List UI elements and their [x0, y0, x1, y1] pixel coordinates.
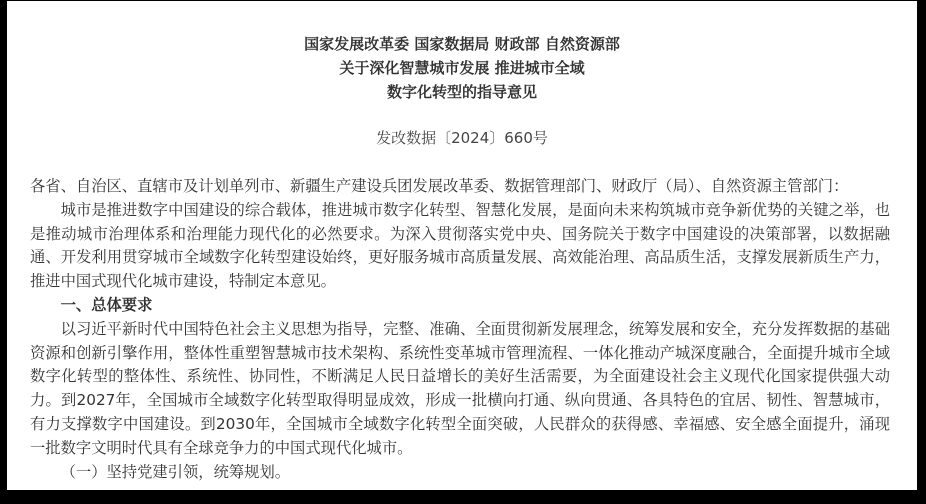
document-body: 各省、自治区、直辖市及计划单列市、新疆生产建设兵团发展改革委、数据管理部门、财政… — [30, 175, 890, 484]
title-line-2: 关于深化智慧城市发展 推进城市全域 — [7, 56, 917, 80]
document-page: 国家发展改革委 国家数据局 财政部 自然资源部 关于深化智慧城市发展 推进城市全… — [7, 1, 917, 490]
section-heading-overall-requirements: 一、总体要求 — [30, 294, 890, 318]
section-1-paragraph: 以习近平新时代中国特色社会主义思想为指导，完整、准确、全面贯彻新发展理念，统筹发… — [30, 318, 890, 461]
salutation: 各省、自治区、直辖市及计划单列市、新疆生产建设兵团发展改革委、数据管理部门、财政… — [30, 175, 890, 199]
document-number: 发改数据〔2024〕660号 — [7, 127, 917, 149]
next-line-partial: （一）坚持党建引领，统筹规划。 — [30, 461, 890, 485]
title-line-3: 数字化转型的指导意见 — [7, 80, 917, 104]
intro-paragraph: 城市是推进数字中国建设的综合载体，推进城市数字化转型、智慧化发展，是面向未来构筑… — [30, 199, 890, 294]
title-line-1: 国家发展改革委 国家数据局 财政部 自然资源部 — [7, 32, 917, 56]
document-title: 国家发展改革委 国家数据局 财政部 自然资源部 关于深化智慧城市发展 推进城市全… — [7, 32, 917, 104]
